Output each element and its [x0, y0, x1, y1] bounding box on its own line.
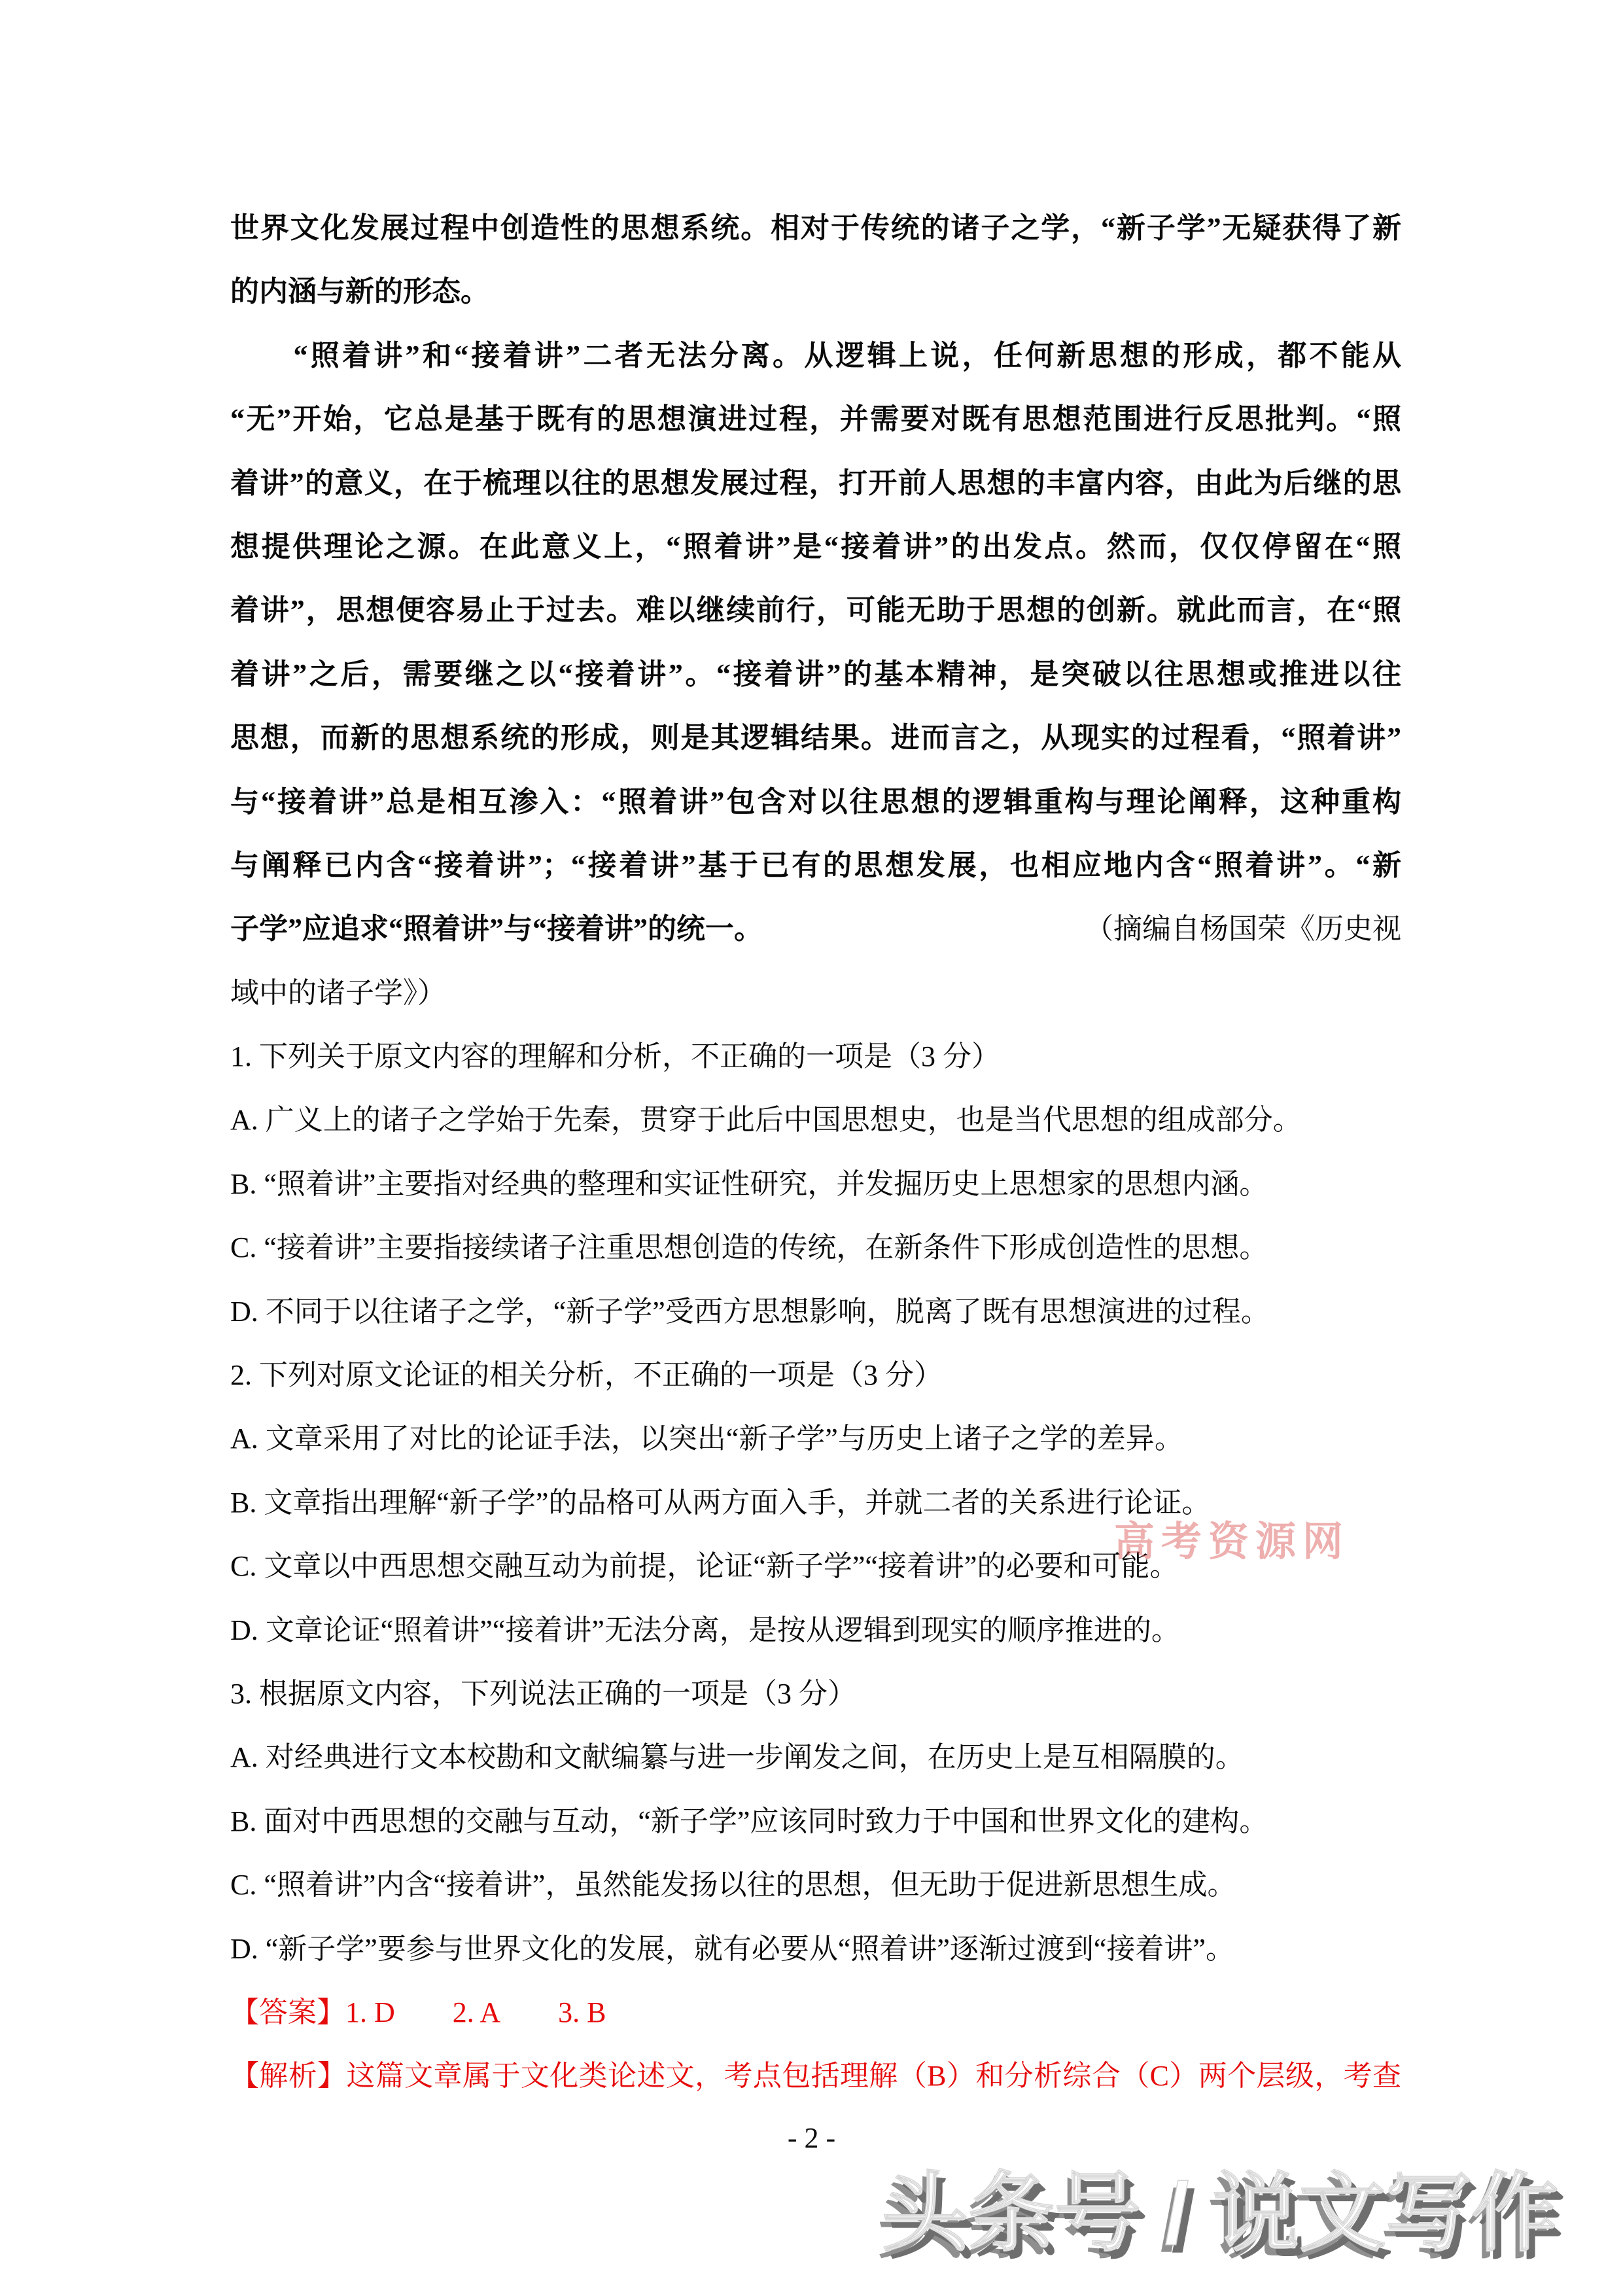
- exam-paper-page: 世界文化发展过程中创造性的思想系统。相对于传统的诸子之学，“新子学”无疑获得了新…: [0, 0, 1623, 2296]
- passage-citation-line: 子学”应追求“照着讲”与“接着讲”的统一。 （摘编自杨国荣《历史视: [230, 897, 1401, 961]
- passage-line-end: 子学”应追求“照着讲”与“接着讲”的统一。: [230, 897, 763, 961]
- question-1-option-c: C. “接着讲”主要指接续诸子注重思想创造的传统，在新条件下形成创造性的思想。: [230, 1216, 1401, 1279]
- analysis-line: 【解析】这篇文章属于文化类论述文，考点包括理解（B）和分析综合（C）两个层级，考…: [230, 2044, 1401, 2108]
- site-watermark: 高考资源网: [1114, 1522, 1350, 1563]
- answer-item-3: 3. B: [558, 1996, 606, 2028]
- citation-continuation: 域中的诸子学》）: [230, 961, 1401, 1025]
- question-3-option-a: A. 对经典进行文本校勘和文献编纂与进一步阐发之间，在历史上是互相隔膜的。: [230, 1725, 1401, 1789]
- passage-line: 与阐释已内含“接着讲”；“接着讲”基于已有的思想发展，也相应地内含“照着讲”。“…: [230, 834, 1401, 897]
- passage-line: 的内涵与新的形态。: [230, 260, 1401, 323]
- passage-line: “无”开始，它总是基于既有的思想演进过程，并需要对既有思想范围进行反思批判。“照: [230, 387, 1401, 451]
- analysis-text: 这篇文章属于文化类论述文，考点包括理解（B）和分析综合（C）两个层级，考查: [347, 2060, 1401, 2092]
- text-column: 世界文化发展过程中创造性的思想系统。相对于传统的诸子之学，“新子学”无疑获得了新…: [230, 196, 1401, 2108]
- citation-text: （摘编自杨国荣《历史视: [1085, 897, 1401, 961]
- answers-prefix: 【答案】: [230, 1996, 345, 2028]
- passage-line: 想提供理论之源。在此意义上，“照着讲”是“接着讲”的出发点。然而，仅仅停留在“照: [230, 515, 1401, 578]
- passage-line: “照着讲”和“接着讲”二者无法分离。从逻辑上说，任何新思想的形成，都不能从: [230, 324, 1401, 387]
- question-1-option-a: A. 广义上的诸子之学始于先秦，贯穿于此后中国思想史，也是当代思想的组成部分。: [230, 1088, 1401, 1152]
- answers-line: 【答案】1. D2. A3. B: [230, 1981, 1401, 2044]
- passage-line: 思想，而新的思想系统的形成，则是其逻辑结果。进而言之，从现实的过程看，“照着讲”: [230, 706, 1401, 769]
- passage-line: 着讲”之后，需要继之以“接着讲”。“接着讲”的基本精神，是突破以往思想或推进以往: [230, 643, 1401, 706]
- answer-item-2: 2. A: [453, 1996, 500, 2028]
- question-2-option-d: D. 文章论证“照着讲”“接着讲”无法分离，是按从逻辑到现实的顺序推进的。: [230, 1598, 1401, 1662]
- question-1-option-d: D. 不同于以往诸子之学，“新子学”受西方思想影响，脱离了既有思想演进的过程。: [230, 1280, 1401, 1343]
- page-number: - 2 -: [0, 2119, 1623, 2158]
- passage-line: 世界文化发展过程中创造性的思想系统。相对于传统的诸子之学，“新子学”无疑获得了新: [230, 196, 1401, 260]
- analysis-prefix: 【解析】: [230, 2060, 347, 2092]
- question-3-option-d: D. “新子学”要参与世界文化的发展，就有必要从“照着讲”逐渐过渡到“接着讲”。: [230, 1917, 1401, 1981]
- question-2-stem: 2. 下列对原文论证的相关分析，不正确的一项是（3 分）: [230, 1343, 1401, 1407]
- passage-line: 着讲”的意义，在于梳理以往的思想发展过程，打开前人思想的丰富内容，由此为后继的思: [230, 451, 1401, 515]
- passage-line: 与“接着讲”总是相互渗入：“照着讲”包含对以往思想的逻辑重构与理论阐释，这种重构: [230, 770, 1401, 834]
- passage-line: 着讲”，思想便容易止于过去。难以继续前行，可能无助于思想的创新。就此而言，在“照: [230, 578, 1401, 642]
- question-2-option-a: A. 文章采用了对比的论证手法，以突出“新子学”与历史上诸子之学的差异。: [230, 1407, 1401, 1470]
- question-3-stem: 3. 根据原文内容，下列说法正确的一项是（3 分）: [230, 1662, 1401, 1725]
- question-1-option-b: B. “照着讲”主要指对经典的整理和实证性研究，并发掘历史上思想家的思想内涵。: [230, 1152, 1401, 1216]
- answer-item-1: 1. D: [345, 1996, 395, 2028]
- brand-watermark: 头条号 / 说文写作: [882, 2164, 1558, 2263]
- question-1-stem: 1. 下列关于原文内容的理解和分析，不正确的一项是（3 分）: [230, 1025, 1401, 1088]
- question-3-option-c: C. “照着讲”内含“接着讲”，虽然能发扬以往的思想，但无助于促进新思想生成。: [230, 1853, 1401, 1916]
- question-3-option-b: B. 面对中西思想的交融与互动，“新子学”应该同时致力于中国和世界文化的建构。: [230, 1790, 1401, 1853]
